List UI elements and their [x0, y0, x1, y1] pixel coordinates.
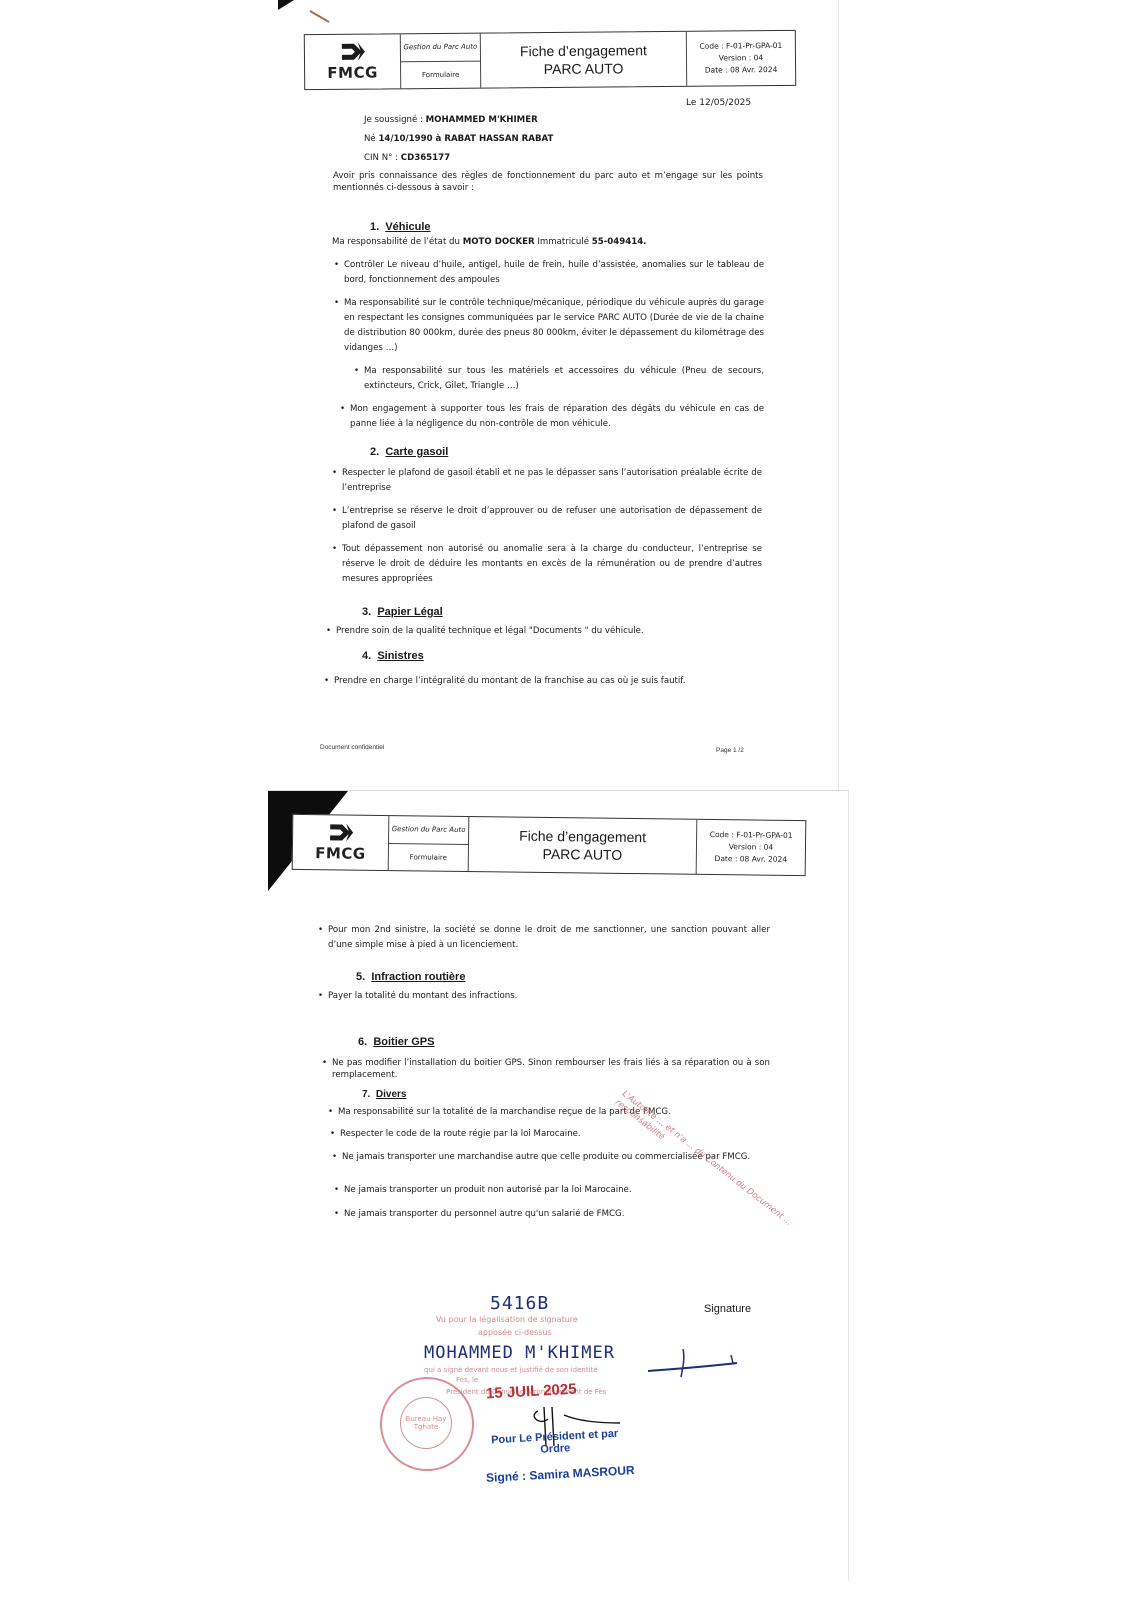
- logo-arrow-icon: [339, 42, 365, 62]
- legalization-line-2: apposée ci-dessus: [478, 1328, 552, 1337]
- bullet-dot-icon: •: [324, 674, 329, 689]
- text-fragment: Pour mon 2nd sinistre, la société se don…: [328, 925, 770, 950]
- doc-date: Date : 08 Avr. 2024: [715, 853, 788, 866]
- text-fragment: 4.: [362, 650, 371, 662]
- company-logo: FMCG: [305, 34, 401, 89]
- section-7-title: 7. Divers: [362, 1089, 406, 1100]
- doc-version: Version : 04: [719, 52, 764, 64]
- logo-text: FMCG: [327, 64, 378, 82]
- text-fragment: Véhicule: [385, 221, 430, 233]
- logo-text: FMCG: [315, 844, 366, 863]
- legalization-line-1: Vu pour la légalisation de signature: [436, 1315, 578, 1324]
- bullet-dot-icon: •: [332, 504, 337, 519]
- list-item: •Ma responsabilité sur tous les matériel…: [364, 364, 764, 394]
- document-header: FMCG Gestion du Parc Auto Formulaire Fic…: [292, 814, 807, 876]
- text-fragment: Carte gasoil: [385, 446, 448, 458]
- cin-label: CIN N° :: [364, 153, 401, 163]
- doc-type-label: Formulaire: [401, 61, 480, 88]
- text-fragment: Ma responsabilité sur tous les matériels…: [364, 366, 764, 391]
- bullet-dot-icon: •: [340, 402, 345, 417]
- list-item: •Ne pas modifier l’installation du boiti…: [332, 1057, 770, 1081]
- header-meta: Gestion du Parc Auto Formulaire: [389, 816, 470, 871]
- bullet-dot-icon: •: [322, 1057, 327, 1069]
- text-fragment: Prendre en charge l’intégralité du monta…: [334, 676, 685, 686]
- section-5-title: 5. Infraction routière: [356, 971, 465, 983]
- section-2-title: 2. Carte gasoil: [370, 446, 448, 458]
- bullet-dot-icon: •: [318, 989, 323, 1004]
- text-fragment: Respecter le plafond de gasoil établi et…: [342, 468, 762, 493]
- department-label: Gestion du Parc Auto: [389, 816, 468, 844]
- bullet-dot-icon: •: [334, 296, 339, 311]
- bullet-dot-icon: •: [332, 466, 337, 481]
- text-fragment: L’entreprise se réserve le droit d’appro…: [342, 506, 762, 531]
- list-item: •Ma responsabilité sur la totalité de la…: [338, 1105, 768, 1120]
- document-title: Fiche d’engagement PARC AUTO: [469, 817, 698, 874]
- signature-label: Signature: [704, 1303, 751, 1315]
- list-item: •Contrôler Le niveau d’huile, antigel, h…: [344, 258, 764, 288]
- text-fragment: Tout dépassement non autorisé ou anomali…: [342, 544, 762, 584]
- list-item: •L’entreprise se réserve le droit d’appr…: [342, 504, 762, 534]
- list-item: •Tout dépassement non autorisé ou anomal…: [342, 542, 762, 587]
- cin-line: CIN N° : CD365177: [364, 151, 450, 165]
- section-4-title: 4. Sinistres: [362, 650, 424, 662]
- page-1: FMCG Gestion du Parc Auto Formulaire Fic…: [278, 0, 839, 790]
- document-header: FMCG Gestion du Parc Auto Formulaire Fic…: [304, 30, 796, 90]
- letter-date: Le 12/05/2025: [686, 98, 751, 108]
- text-fragment: Ma responsabilité de l’état du: [332, 237, 463, 247]
- text-fragment: MOTO DOCKER: [463, 237, 535, 247]
- text-fragment: Prendre soin de la qualité technique et …: [336, 626, 644, 636]
- header-meta: Gestion du Parc Auto Formulaire: [401, 34, 481, 89]
- stamped-date: 15 JUIL 2025: [486, 1381, 577, 1403]
- section-1-title: 1. Véhicule: [370, 221, 431, 233]
- section-6-title: 6. Boitier GPS: [358, 1036, 434, 1048]
- list-item: •Ne jamais transporter du personnel autr…: [344, 1207, 774, 1222]
- text-fragment: Boitier GPS: [373, 1036, 434, 1048]
- born-value: 14/10/1990 à RABAT HASSAN RABAT: [378, 134, 553, 144]
- legalization-city: Fès, le: [456, 1376, 478, 1384]
- bullet-dot-icon: •: [318, 923, 323, 938]
- list-item: •Prendre soin de la qualité technique et…: [336, 624, 776, 639]
- text-fragment: 3.: [362, 606, 371, 618]
- text-fragment: Divers: [376, 1089, 407, 1100]
- title-line-1: Fiche d’engagement: [519, 827, 646, 847]
- text-fragment: 55-049414.: [592, 237, 647, 247]
- bullet-dot-icon: •: [326, 624, 331, 639]
- bullet-dot-icon: •: [354, 364, 359, 379]
- text-fragment: 7.: [362, 1089, 370, 1100]
- signed-by: Signé : Samira MASROUR: [486, 1463, 635, 1485]
- list-item: •Pour mon 2nd sinistre, la société se do…: [328, 923, 770, 953]
- page-2: FMCG Gestion du Parc Auto Formulaire Fic…: [268, 790, 849, 1581]
- doc-code: Code : F-01-Pr-GPA-01: [710, 829, 793, 842]
- list-item: •Prendre en charge l’intégralité du mont…: [334, 674, 774, 689]
- cin-value: CD365177: [401, 153, 450, 163]
- bullet-dot-icon: •: [334, 258, 339, 273]
- bullet-dot-icon: •: [334, 1207, 339, 1222]
- bullet-dot-icon: •: [328, 1105, 333, 1120]
- footer-page-number: Page 1 /2: [716, 747, 744, 754]
- round-stamp-center: Bureau Hay Tghate: [400, 1397, 452, 1449]
- text-fragment: Ne jamais transporter un produit non aut…: [344, 1185, 632, 1195]
- list-item: •Ma responsabilité sur le contrôle techn…: [344, 296, 764, 356]
- text-fragment: 5.: [356, 971, 365, 983]
- list-item: •Respecter le code de la route régie par…: [340, 1127, 770, 1142]
- pen-mark: [310, 10, 330, 23]
- doc-type-label: Formulaire: [389, 844, 468, 871]
- undersigned-name: MOHAMMED M'KHIMER: [426, 115, 538, 125]
- legalization-line-3: qui a signé devant nous et justifié de s…: [424, 1366, 598, 1374]
- title-line-2: PARC AUTO: [542, 845, 622, 864]
- handwritten-name: MOHAMMED M'KHIMER: [424, 1343, 615, 1363]
- intro-text: Avoir pris connaissance des règles de fo…: [333, 170, 763, 194]
- list-item: •Mon engagement à supporter tous les fra…: [350, 402, 764, 432]
- birth-line: Né 14/10/1990 à RABAT HASSAN RABAT: [364, 132, 553, 146]
- text-fragment: Infraction routière: [371, 971, 465, 983]
- scan-corner-mark: [278, 0, 294, 10]
- footer-confidential: Document confidentiel: [320, 744, 384, 751]
- for-president-line: Pour Le Président et par Ordre: [479, 1427, 630, 1459]
- bullet-dot-icon: •: [330, 1127, 335, 1142]
- text-fragment: 1.: [370, 221, 379, 233]
- bullet-dot-icon: •: [334, 1183, 339, 1198]
- text-fragment: Mon engagement à supporter tous les frai…: [350, 404, 764, 429]
- section-3-title: 3. Papier Légal: [362, 606, 443, 618]
- undersigned-line: Je soussigné : MOHAMMED M'KHIMER: [364, 113, 538, 127]
- text-fragment: Payer la totalité du montant des infract…: [328, 991, 517, 1001]
- list-item: •Respecter le plafond de gasoil établi e…: [342, 466, 762, 496]
- text-fragment: Respecter le code de la route régie par …: [340, 1129, 581, 1139]
- title-line-2: PARC AUTO: [544, 59, 624, 78]
- signature-stroke: [643, 1343, 743, 1379]
- list-item: •Payer la totalité du montant des infrac…: [328, 989, 768, 1004]
- department-label: Gestion du Parc Auto: [401, 34, 480, 62]
- text-fragment: Sinistres: [377, 650, 423, 662]
- legalization-register-number: 5416B: [490, 1293, 549, 1314]
- document-title: Fiche d’engagement PARC AUTO: [481, 32, 687, 88]
- doc-code-block: Code : F-01-Pr-GPA-01 Version : 04 Date …: [697, 820, 806, 875]
- company-logo: FMCG: [293, 815, 390, 870]
- doc-date: Date : 08 Avr. 2024: [705, 64, 778, 77]
- undersigned-label: Je soussigné :: [364, 115, 426, 125]
- text-fragment: Contrôler Le niveau d’huile, antigel, hu…: [344, 260, 764, 285]
- bullet-dot-icon: •: [332, 1151, 337, 1163]
- text-fragment: Papier Légal: [377, 606, 442, 618]
- born-label: Né: [364, 134, 378, 144]
- doc-version: Version : 04: [729, 841, 774, 854]
- doc-code: Code : F-01-Pr-GPA-01: [699, 40, 782, 53]
- text-fragment: Immatriculé: [535, 237, 592, 247]
- text-fragment: 2.: [370, 446, 379, 458]
- list-item: •Ne jamais transporter un produit non au…: [344, 1183, 774, 1198]
- doc-code-block: Code : F-01-Pr-GPA-01 Version : 04 Date …: [687, 31, 795, 86]
- text-fragment: 6.: [358, 1036, 367, 1048]
- vehicle-responsibility-line: Ma responsabilité de l’état du MOTO DOCK…: [332, 235, 646, 249]
- title-line-1: Fiche d’engagement: [520, 41, 647, 60]
- text-fragment: Ma responsabilité sur le contrôle techni…: [344, 298, 764, 353]
- round-official-stamp: Bureau Hay Tghate: [380, 1377, 474, 1471]
- bullet-dot-icon: •: [332, 542, 337, 557]
- text-fragment: Ne pas modifier l’installation du boitie…: [332, 1058, 770, 1080]
- text-fragment: Ne jamais transporter du personnel autre…: [344, 1209, 624, 1219]
- logo-arrow-icon: [328, 822, 354, 842]
